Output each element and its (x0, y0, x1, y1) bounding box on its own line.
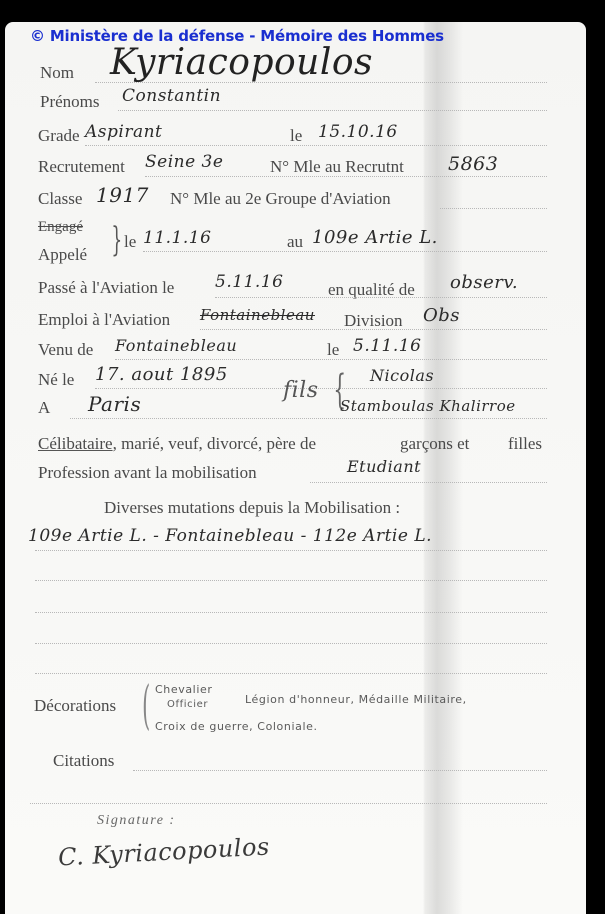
mutations-heading: Diverses mutations depuis la Mobilisatio… (104, 498, 400, 518)
filles-label: filles (508, 434, 542, 454)
engage-date: 11.1.16 (143, 228, 211, 248)
groupe-aviation-label: N° Mle au 2e Groupe d'Aviation (170, 189, 391, 209)
venu-de-value: Fontainebleau (115, 336, 237, 355)
passe-aviation-date: 5.11.16 (215, 272, 283, 292)
mutations-value: 109e Artie L. - Fontainebleau - 112e Art… (28, 526, 432, 546)
lieu-line (70, 418, 547, 419)
etat-civil-options: , marié, veuf, divorcé, père de (113, 434, 316, 453)
citations-line-2 (30, 803, 547, 804)
venu-de-date: 5.11.16 (353, 336, 421, 356)
nom-value: Kyriacopoulos (110, 42, 373, 83)
mutations-line-1 (35, 550, 547, 551)
profession-value: Etudiant (347, 457, 421, 476)
emploi-value: Fontainebleau (200, 306, 315, 324)
grade-date: 15.10.16 (318, 122, 398, 142)
mere-value: Stamboulas Khalirroe (340, 397, 516, 415)
venu-de-label: Venu de (38, 340, 93, 360)
profession-label: Profession avant la mobilisation (38, 463, 257, 483)
decorations-line-2: Croix de guerre, Coloniale. (155, 720, 318, 733)
recrutement-value: Seine 3e (145, 152, 223, 172)
appele-label: Appelé (38, 245, 87, 265)
recrutement-line (145, 176, 547, 177)
ne-le-label: Né le (38, 370, 74, 390)
grade-date-label: le (290, 126, 302, 146)
celibataire-option: Célibataire (38, 434, 113, 453)
decorations-brace: ( (142, 678, 150, 734)
ne-le-line (95, 388, 547, 389)
matricule-value: 5863 (448, 153, 498, 175)
mutations-line-3 (35, 612, 547, 613)
engage-unit: 109e Artie L. (312, 227, 438, 248)
garcons-label: garçons et (400, 434, 469, 454)
decorations-line-1: Légion d'honneur, Médaille Militaire, (245, 693, 467, 706)
chevalier-label: Chevalier (155, 683, 212, 696)
prenoms-label: Prénoms (40, 92, 100, 112)
lieu-value: Paris (88, 392, 141, 416)
recrutement-label: Recrutement (38, 157, 125, 177)
passe-aviation-line (215, 297, 547, 298)
grade-value: Aspirant (85, 122, 162, 142)
engage-le-label: le (124, 232, 136, 252)
citations-line-1 (133, 770, 547, 771)
brace: } (111, 220, 122, 260)
division-value: Obs (423, 305, 460, 326)
signature-label: Signature : (97, 813, 176, 829)
pere-value: Nicolas (370, 366, 434, 385)
lieu-label: A (38, 398, 50, 418)
copyright-watermark: © Ministère de la défense - Mémoire des … (30, 27, 444, 45)
officier-label: Officier (167, 699, 208, 710)
engage-label: Engagé (38, 219, 83, 236)
mutations-line-2 (35, 580, 547, 581)
fils-label: fils (283, 378, 319, 403)
groupe-aviation-line (440, 208, 547, 209)
grade-label: Grade (38, 126, 80, 146)
prenoms-value: Constantin (122, 86, 221, 106)
nom-label: Nom (40, 63, 74, 83)
division-label: Division (344, 311, 403, 331)
decorations-label: Décorations (34, 696, 116, 716)
classe-value: 1917 (96, 183, 149, 207)
emploi-line (200, 329, 547, 330)
passe-aviation-label: Passé à l'Aviation le (38, 278, 174, 298)
citations-label: Citations (53, 751, 114, 771)
mutations-line-4 (35, 643, 547, 644)
profession-line (310, 482, 547, 483)
qualite-value: observ. (450, 272, 518, 293)
venu-de-line (115, 359, 547, 360)
mutations-line-5 (35, 673, 547, 674)
prenoms-line (118, 110, 547, 111)
grade-line (85, 145, 547, 146)
venu-de-le-label: le (327, 340, 339, 360)
emploi-label: Emploi à l'Aviation (38, 310, 170, 330)
ne-le-date: 17. aout 1895 (95, 364, 228, 385)
engage-au-label: au (287, 232, 303, 252)
matricule-label: N° Mle au Recrutnt (270, 157, 404, 177)
etat-civil-line: Célibataire, marié, veuf, divorcé, père … (38, 434, 316, 454)
engage-line (143, 251, 547, 252)
classe-label: Classe (38, 189, 82, 209)
